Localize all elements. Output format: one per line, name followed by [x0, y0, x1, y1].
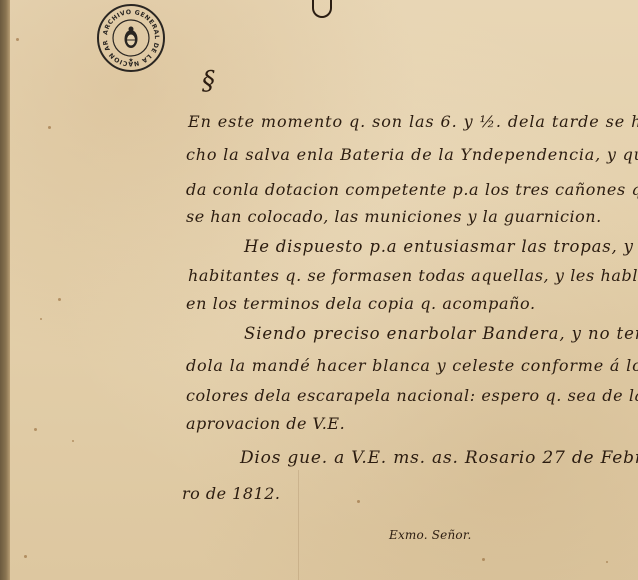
text-line: en los terminos dela copia q. acompaño.	[186, 294, 536, 313]
text-line: se han colocado, las municiones y la gua…	[186, 207, 602, 226]
text-line: ro de 1812.	[182, 484, 280, 503]
section-mark: §	[202, 66, 215, 96]
manuscript-text: § En este momento q. son las 6. y ½. del…	[0, 0, 638, 580]
text-line: cho la salva enla Bateria de la Yndepend…	[186, 145, 638, 164]
text-line: habitantes q. se formasen todas aquellas…	[188, 266, 638, 285]
text-line: Siendo preciso enarbolar Bandera, y no t…	[244, 324, 638, 343]
manuscript-page: ARCHIVO GENERAL DE LA NACION ARGENTINA ★…	[0, 0, 638, 580]
text-line: aprovacion de V.E.	[186, 414, 345, 433]
closing-salutation: Exmo. Señor.	[389, 528, 471, 542]
text-line: En este momento q. son las 6. y ½. dela …	[188, 112, 638, 131]
text-line: dola la mandé hacer blanca y celeste con…	[186, 356, 638, 375]
text-line: da conla dotacion competente p.a los tre…	[186, 180, 638, 199]
text-line: Dios gue. a V.E. ms. as. Rosario 27 de F…	[240, 448, 638, 468]
text-line: He dispuesto p.a entusiasmar las tropas,…	[244, 237, 638, 256]
text-line: colores dela escarapela nacional: espero…	[186, 386, 638, 405]
